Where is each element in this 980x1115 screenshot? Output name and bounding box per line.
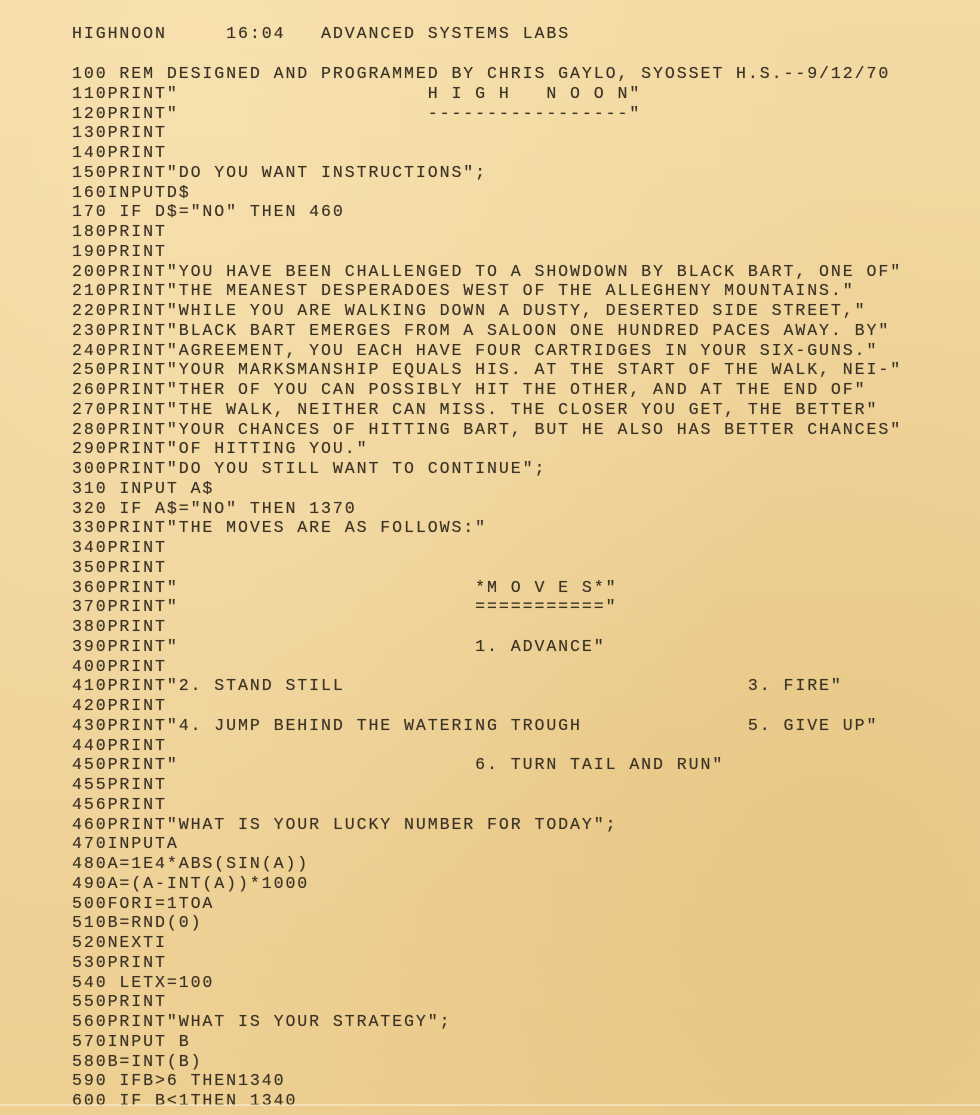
code-line: 260PRINT"THER OF YOU CAN POSSIBLY HIT TH… [72, 380, 866, 399]
code-line: 410PRINT"2. STAND STILL 3. FIRE" [72, 676, 843, 695]
code-line: 240PRINT"AGREEMENT, YOU EACH HAVE FOUR C… [72, 341, 878, 360]
code-line: 390PRINT" 1. ADVANCE" [72, 637, 606, 656]
code-line: 400PRINT [72, 657, 167, 676]
code-line: 250PRINT"YOUR MARKSMANSHIP EQUALS HIS. A… [72, 360, 902, 379]
code-line: 290PRINT"OF HITTING YOU." [72, 439, 368, 458]
code-line: 110PRINT" H I G H N O O N" [72, 84, 641, 103]
code-line: 360PRINT" *M O V E S*" [72, 578, 617, 597]
code-line: 230PRINT"BLACK BART EMERGES FROM A SALOO… [72, 321, 890, 340]
code-line: 150PRINT"DO YOU WANT INSTRUCTIONS"; [72, 163, 487, 182]
code-line: 130PRINT [72, 123, 167, 142]
code-line: 160INPUTD$ [72, 183, 191, 202]
code-line: 570INPUT B [72, 1032, 191, 1051]
code-line: 100 REM DESIGNED AND PROGRAMMED BY CHRIS… [72, 64, 890, 83]
code-line: 380PRINT [72, 617, 167, 636]
code-line: 460PRINT"WHAT IS YOUR LUCKY NUMBER FOR T… [72, 815, 617, 834]
code-line: 320 IF A$="NO" THEN 1370 [72, 499, 357, 518]
code-line: 170 IF D$="NO" THEN 460 [72, 202, 345, 221]
code-line: 590 IFB>6 THEN1340 [72, 1071, 285, 1090]
code-line: 500FORI=1TOA [72, 894, 214, 913]
code-line: 510B=RND(0) [72, 913, 202, 932]
code-line: 300PRINT"DO YOU STILL WANT TO CONTINUE"; [72, 459, 546, 478]
code-line: 310 INPUT A$ [72, 479, 214, 498]
code-line: 370PRINT" ===========" [72, 597, 617, 616]
code-line: 455PRINT [72, 775, 167, 794]
code-line: 140PRINT [72, 143, 167, 162]
code-line: 540 LETX=100 [72, 973, 214, 992]
code-line: 270PRINT"THE WALK, NEITHER CAN MISS. THE… [72, 400, 878, 419]
code-line: 350PRINT [72, 558, 167, 577]
code-line: 450PRINT" 6. TURN TAIL AND RUN" [72, 755, 724, 774]
printout-page: HIGHNOON 16:04 ADVANCED SYSTEMS LABS 100… [0, 0, 980, 1115]
code-line: 550PRINT [72, 992, 167, 1011]
code-line: 480A=1E4*ABS(SIN(A)) [72, 854, 309, 873]
print-time: 16:04 [226, 24, 285, 43]
code-line: 440PRINT [72, 736, 167, 755]
program-name: HIGHNOON [72, 24, 167, 43]
code-line: 190PRINT [72, 242, 167, 261]
code-line: 340PRINT [72, 538, 167, 557]
code-line: 580B=INT(B) [72, 1052, 202, 1071]
paper-fold-edge [0, 1104, 980, 1106]
code-line: 560PRINT"WHAT IS YOUR STRATEGY"; [72, 1012, 451, 1031]
code-line: 280PRINT"YOUR CHANCES OF HITTING BART, B… [72, 420, 902, 439]
code-line: 330PRINT"THE MOVES ARE AS FOLLOWS:" [72, 518, 487, 537]
code-line: 420PRINT [72, 696, 167, 715]
code-line: 520NEXTI [72, 933, 167, 952]
code-line: 200PRINT"YOU HAVE BEEN CHALLENGED TO A S… [72, 262, 902, 281]
organization: ADVANCED SYSTEMS LABS [321, 24, 570, 43]
code-line: 456PRINT [72, 795, 167, 814]
code-line: 220PRINT"WHILE YOU ARE WALKING DOWN A DU… [72, 301, 866, 320]
code-line: 120PRINT" -----------------" [72, 104, 641, 123]
code-line: 490A=(A-INT(A))*1000 [72, 874, 309, 893]
code-line: 470INPUTA [72, 834, 179, 853]
listing-header: HIGHNOON 16:04 ADVANCED SYSTEMS LABS [72, 24, 570, 43]
code-line: 530PRINT [72, 953, 167, 972]
code-line: 180PRINT [72, 222, 167, 241]
code-line: 210PRINT"THE MEANEST DESPERADOES WEST OF… [72, 281, 855, 300]
code-line: 600 IF B<1THEN 1340 [72, 1091, 297, 1110]
code-line: 430PRINT"4. JUMP BEHIND THE WATERING TRO… [72, 716, 878, 735]
